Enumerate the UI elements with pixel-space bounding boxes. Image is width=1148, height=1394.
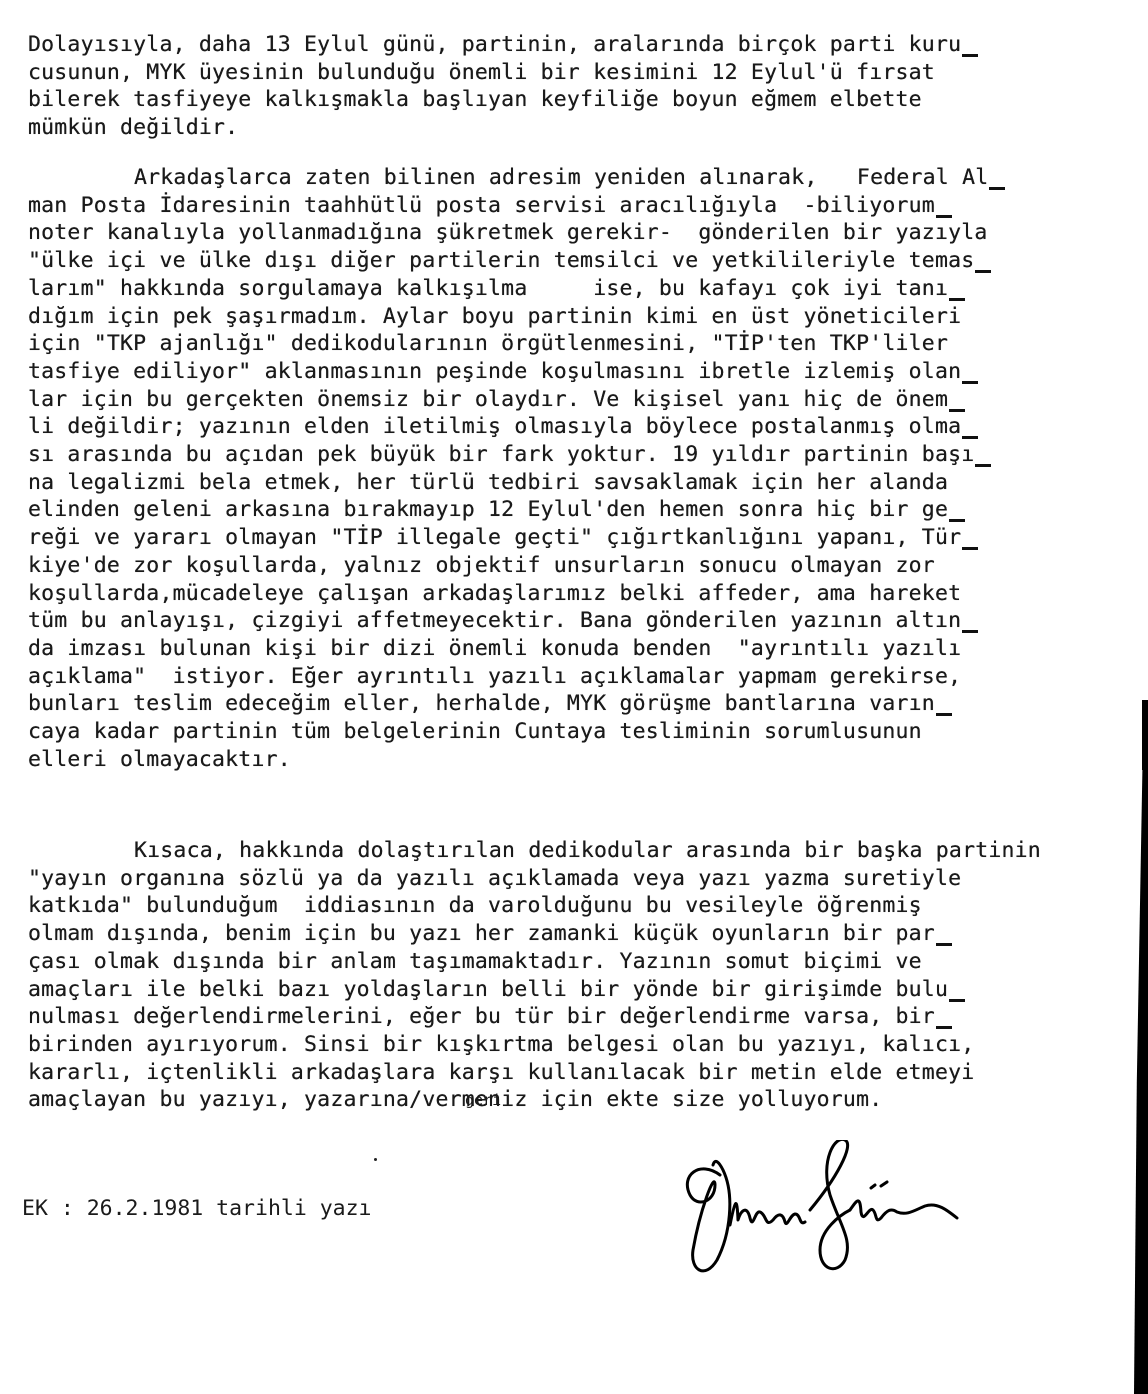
line-continuation-mark [949,298,965,301]
text-line-content: elleri olmayacaktır. [28,747,291,772]
text-line-content: larım" hakkında sorgulamaya kalkışılma i… [28,276,948,301]
text-line: Arkadaşlarca zaten bilinen adresim yenid… [134,165,1005,191]
text-line: reği ve yararı olmayan "TİP illegale geç… [28,525,978,551]
text-line-content: Arkadaşlarca zaten bilinen adresim yenid… [134,165,988,190]
text-line: çası olmak dışında bir anlam taşımamakta… [28,949,922,975]
text-line: na legalizmi bela etmek, her türlü tedbi… [28,470,948,496]
text-line-content: bilerek tasfiyeye kalkışmakla başlıyan k… [28,87,922,112]
text-line: man Posta İdaresinin taahhütlü posta ser… [28,193,952,219]
line-continuation-mark [949,999,965,1002]
text-line: cusunun, MYK üyesinin bulunduğu önemli b… [28,60,935,86]
line-continuation-mark [936,1026,952,1029]
text-line: mümkün değildir. [28,115,238,141]
line-continuation-mark [962,54,978,57]
text-line: koşullarda,mücadeleye çalışan arkadaşlar… [28,581,961,607]
text-line: kiye'de zor koşullarda, yalnız objektif … [28,553,935,579]
text-line: "ülke içi ve ülke dışı diğer partilerin … [28,248,991,274]
text-line-content: Kısaca, hakkında dolaştırılan dedikodula… [134,838,1041,863]
text-line-content: olmam dışında, benim için bu yazı her za… [28,921,935,946]
text-line-content: nulması değerlendirmelerini, eğer bu tür… [28,1004,935,1029]
text-line-content: katkıda" bulunduğum iddiasının da varold… [28,893,922,918]
line-continuation-mark [936,215,952,218]
text-line-content: noter kanalıyla yollanmadığına şükretmek… [28,220,988,245]
line-continuation-mark [962,630,978,633]
line-continuation-mark [962,381,978,384]
text-line-content: caya kadar partinin tüm belgelerinin Cun… [28,719,922,744]
text-line: Kısaca, hakkında dolaştırılan dedikodula… [134,838,1041,864]
signature [675,1140,995,1280]
scan-edge-shadow [1134,770,1148,1394]
text-line: lar için bu gerçekten önemsiz bir olaydı… [28,387,965,413]
line-continuation-mark [975,464,991,467]
document-page: Dolayısıyla, daha 13 Eylul günü, partini… [0,0,1148,1394]
text-line: "yayın organına sözlü ya da yazılı açıkl… [28,866,961,892]
text-line: birinden ayırıyorum. Sinsi bir kışkırtma… [28,1032,974,1058]
text-line-content: "yayın organına sözlü ya da yazılı açıkl… [28,866,961,891]
text-line-content: bunları teslim edeceğim eller, herhalde,… [28,691,935,716]
text-line-content: na legalizmi bela etmek, her türlü tedbi… [28,470,948,495]
text-line-content: kararlı, içtenlikli arkadaşlara karşı ku… [28,1060,974,1085]
text-line: li değildir; yazının elden iletilmiş olm… [28,414,978,440]
text-line-content: kiye'de zor koşullarda, yalnız objektif … [28,553,935,578]
text-line-content: amaçları ile belki bazı yoldaşların bell… [28,977,948,1002]
scan-edge-shadow [1142,700,1148,770]
text-line-content: "ülke içi ve ülke dışı diğer partilerin … [28,248,974,273]
text-line: nulması değerlendirmelerini, eğer bu tür… [28,1004,952,1030]
stray-ink-dot [374,1158,377,1161]
line-continuation-mark [989,187,1005,190]
text-line-content: çası olmak dışında bir anlam taşımamakta… [28,949,922,974]
text-line: açıklama" istiyor. Eğer ayrıntılı yazılı… [28,664,961,690]
text-line-content: tasfiye ediliyor" aklanmasının peşinde k… [28,359,961,384]
text-line-content: li değildir; yazının elden iletilmiş olm… [28,414,961,439]
text-line: olmam dışında, benim için bu yazı her za… [28,921,952,947]
text-line: bilerek tasfiyeye kalkışmakla başlıyan k… [28,87,922,113]
text-line-content: tüm bu anlayışı, çizgiyi affetmeyecektir… [28,608,961,633]
text-line-content: birinden ayırıyorum. Sinsi bir kışkırtma… [28,1032,974,1057]
text-line-content: açıklama" istiyor. Eğer ayrıntılı yazılı… [28,664,961,689]
text-line: elleri olmayacaktır. [28,747,291,773]
text-line-content: lar için bu gerçekten önemsiz bir olaydı… [28,387,948,412]
text-line: elinden geleni arkasına bırakmayıp 12 Ey… [28,497,965,523]
line-continuation-mark [936,713,952,716]
text-line: Dolayısıyla, daha 13 Eylul günü, partini… [28,32,978,58]
text-line-content: elinden geleni arkasına bırakmayıp 12 Ey… [28,497,948,522]
text-line-content: da imzası bulunan kişi bir dizi önemli k… [28,636,961,661]
text-line: caya kadar partinin tüm belgelerinin Cun… [28,719,922,745]
line-continuation-mark [962,547,978,550]
text-line: kararlı, içtenlikli arkadaşlara karşı ku… [28,1060,974,1086]
text-line-content: sı arasında bu açıdan pek büyük bir fark… [28,442,974,467]
line-continuation-mark [936,943,952,946]
handwritten-insertion-note: geri [465,1091,501,1109]
text-line: dığım için pek şaşırmadım. Aylar boyu pa… [28,304,961,330]
text-line: katkıda" bulunduğum iddiasının da varold… [28,893,922,919]
text-line: sı arasında bu açıdan pek büyük bir fark… [28,442,991,468]
text-line-content: mümkün değildir. [28,115,238,140]
text-line-content: cusunun, MYK üyesinin bulunduğu önemli b… [28,60,935,85]
text-line: amaçları ile belki bazı yoldaşların bell… [28,977,965,1003]
text-line-content: reği ve yararı olmayan "TİP illegale geç… [28,525,961,550]
line-continuation-mark [949,409,965,412]
text-line: larım" hakkında sorgulamaya kalkışılma i… [28,276,965,302]
text-line: amaçlayan bu yazıyı, yazarına/vermeniz i… [28,1087,882,1113]
text-line-content: koşullarda,mücadeleye çalışan arkadaşlar… [28,581,961,606]
text-line: tüm bu anlayışı, çizgiyi affetmeyecektir… [28,608,978,634]
text-line: için "TKP ajanlığı" dedikodularının örgü… [28,331,948,357]
text-line: da imzası bulunan kişi bir dizi önemli k… [28,636,961,662]
text-line: bunları teslim edeceğim eller, herhalde,… [28,691,952,717]
enclosure-line: EK : 26.2.1981 tarihli yazı [22,1196,372,1221]
text-line-content: amaçlayan bu yazıyı, yazarına/vermeniz i… [28,1087,882,1112]
text-line-content: dığım için pek şaşırmadım. Aylar boyu pa… [28,304,961,329]
line-continuation-mark [975,270,991,273]
text-line: noter kanalıyla yollanmadığına şükretmek… [28,220,988,246]
line-continuation-mark [962,436,978,439]
line-continuation-mark [949,519,965,522]
text-line-content: için "TKP ajanlığı" dedikodularının örgü… [28,331,948,356]
text-line-content: man Posta İdaresinin taahhütlü posta ser… [28,193,935,218]
text-line: tasfiye ediliyor" aklanmasının peşinde k… [28,359,978,385]
text-line-content: Dolayısıyla, daha 13 Eylul günü, partini… [28,32,961,57]
